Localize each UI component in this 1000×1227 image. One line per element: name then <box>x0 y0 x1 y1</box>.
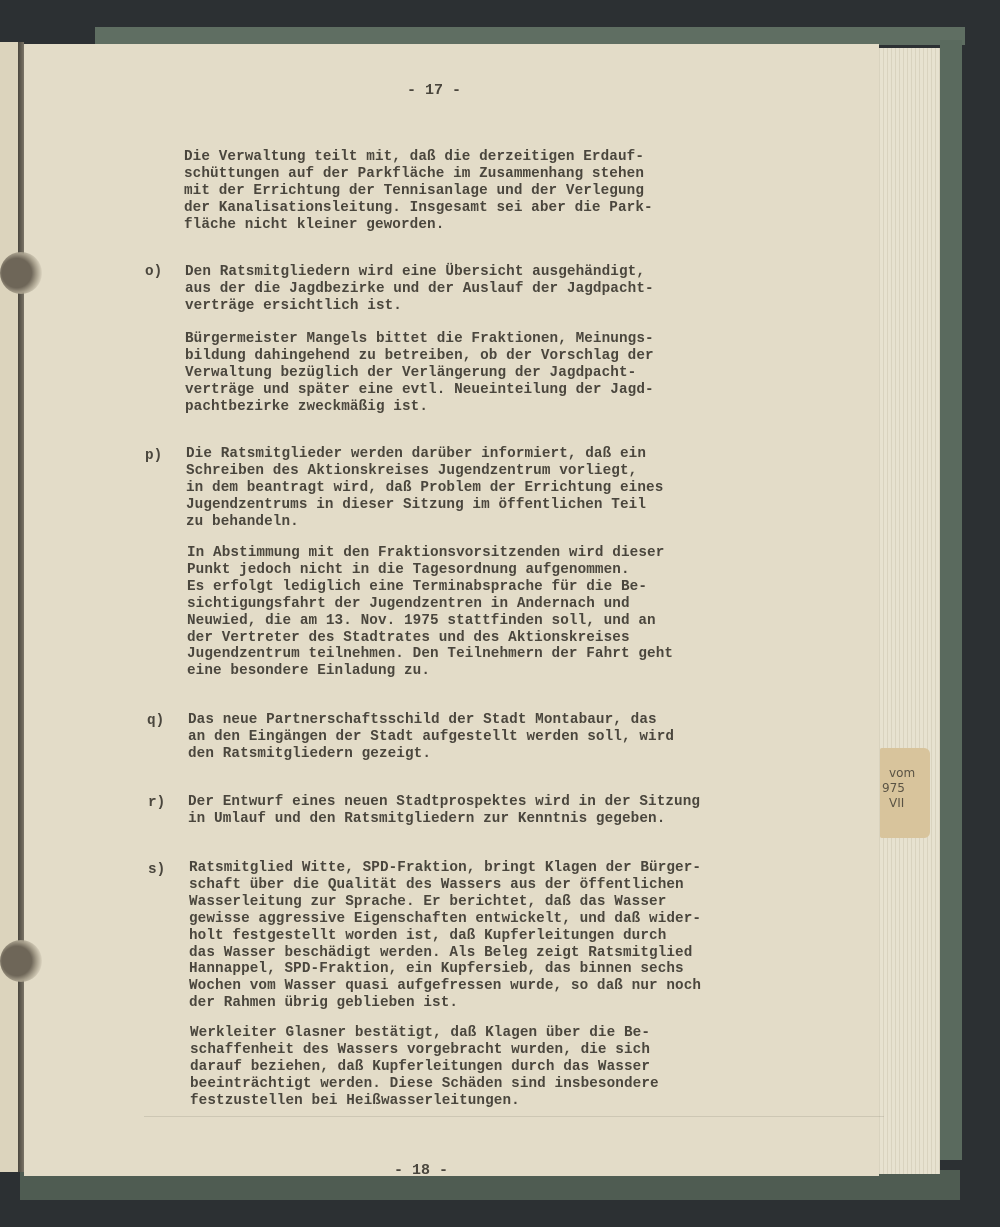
index-tab-line-2: 975 <box>882 781 905 795</box>
item-p-paragraph-1: Die Ratsmitglieder werden darüber inform… <box>186 446 663 531</box>
binder-cover-right <box>940 40 962 1160</box>
item-s-paragraph-2: Werkleiter Glasner bestätigt, daß Klagen… <box>190 1025 659 1110</box>
item-o-paragraph-2: Bürgermeister Mangels bittet die Fraktio… <box>185 331 654 416</box>
index-tab-line-1: vom <box>889 766 915 780</box>
index-tab-line-3: VII <box>889 796 904 810</box>
binder-ring-bottom <box>0 940 42 982</box>
index-tab[interactable]: vom 975 VII <box>880 748 930 838</box>
item-label-s: s) <box>148 862 165 878</box>
page-stack-edge <box>876 48 940 1174</box>
item-label-o: o) <box>145 264 162 280</box>
binder-cover-top <box>95 27 965 45</box>
item-q-paragraph-1: Das neue Partnerschaftsschild der Stadt … <box>188 712 674 763</box>
item-p-paragraph-2: In Abstimmung mit den Fraktionsvorsitzen… <box>187 545 673 680</box>
binder-ring-top <box>0 252 42 294</box>
item-r-paragraph-1: Der Entwurf eines neuen Stadtprospektes … <box>188 794 700 828</box>
bleed-through-line <box>144 1116 884 1117</box>
page-number-bottom: - 18 - <box>394 1162 448 1179</box>
previous-page-edge <box>0 42 18 1172</box>
item-label-r: r) <box>148 795 165 811</box>
item-label-q: q) <box>147 713 164 729</box>
item-s-paragraph-1: Ratsmitglied Witte, SPD-Fraktion, bringt… <box>189 860 701 1012</box>
page-number-top: - 17 - <box>407 82 461 99</box>
item-o-paragraph-1: Den Ratsmitgliedern wird eine Übersicht … <box>185 264 654 315</box>
item-label-p: p) <box>145 448 162 464</box>
intro-paragraph: Die Verwaltung teilt mit, daß die derzei… <box>184 149 653 234</box>
